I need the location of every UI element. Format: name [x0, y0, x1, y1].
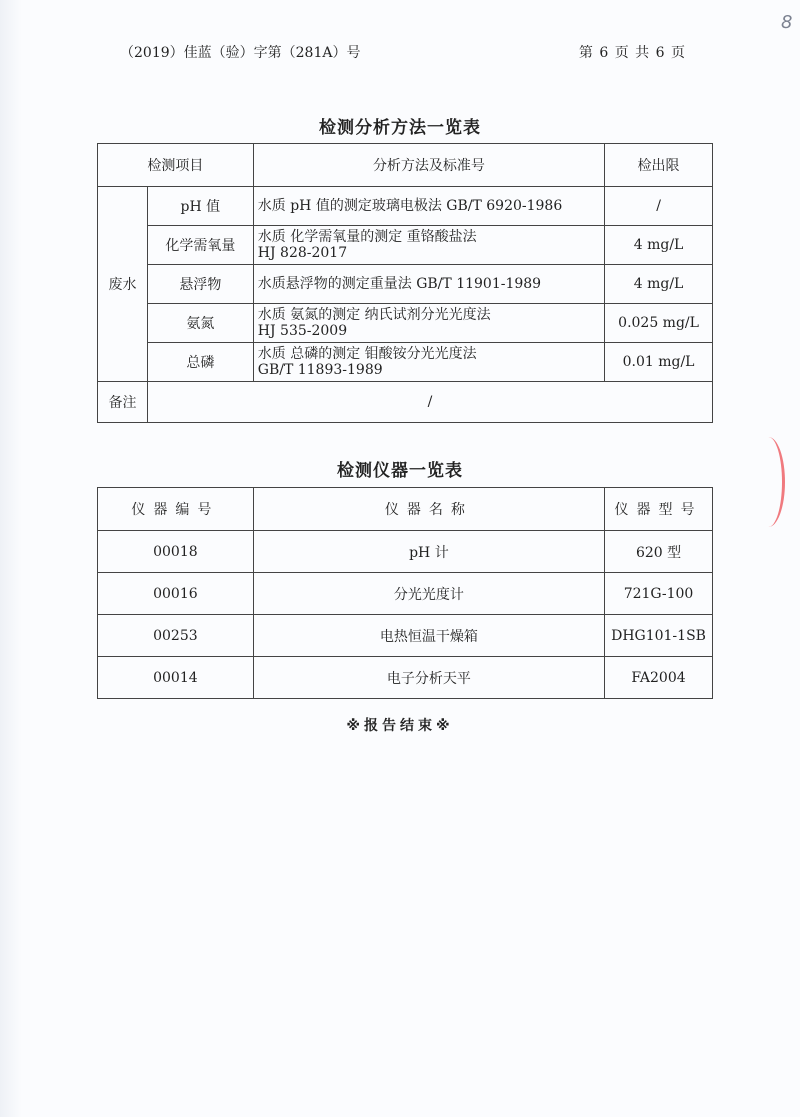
instrument-name: 分光光度计: [253, 573, 604, 615]
standard-number: HJ 535-2009: [258, 323, 600, 339]
method-line: 水质 pH 值的测定玻璃电极法 GB/T 6920-1986: [258, 198, 600, 214]
table-row: 00014 电子分析天平 FA2004: [98, 657, 713, 699]
table-row: 悬浮物 水质悬浮物的测定重量法 GB/T 11901-1989 4 mg/L: [98, 265, 713, 304]
limit-cell: 0.025 mg/L: [605, 304, 713, 343]
item-cell: 悬浮物: [147, 265, 253, 304]
limit-cell: 4 mg/L: [605, 226, 713, 265]
instrument-name: 电子分析天平: [253, 657, 604, 699]
item-cell: 氨氮: [147, 304, 253, 343]
method-cell: 水质 化学需氧量的测定 重铬酸盐法HJ 828-2017: [253, 226, 604, 265]
method-line: 水质 氨氮的测定 纳氏试剂分光光度法: [258, 307, 600, 323]
limit-cell: 4 mg/L: [605, 265, 713, 304]
table-row: 00018 pH 计 620 型: [98, 531, 713, 573]
table-row: 00253 电热恒温干燥箱 DHG101-1SB: [98, 615, 713, 657]
page-edge-shadow: [0, 0, 22, 1117]
header-name: 仪器名称: [253, 488, 604, 531]
header-method: 分析方法及标准号: [253, 144, 604, 187]
methods-table: 检测项目 分析方法及标准号 检出限 废水 pH 值 水质 pH 值的测定玻璃电极…: [97, 143, 713, 423]
report-end-mark: ※报告结束※: [0, 715, 800, 735]
header-item: 检测项目: [98, 144, 254, 187]
page-info: 第 6 页 共 6 页: [579, 42, 686, 62]
table-row: 氨氮 水质 氨氮的测定 纳氏试剂分光光度法HJ 535-2009 0.025 m…: [98, 304, 713, 343]
table-row: 废水 pH 值 水质 pH 值的测定玻璃电极法 GB/T 6920-1986 /: [98, 187, 713, 226]
method-line: 水质 化学需氧量的测定 重铬酸盐法: [258, 229, 600, 245]
method-line: 水质悬浮物的测定重量法 GB/T 11901-1989: [258, 276, 600, 292]
instrument-model: 620 型: [605, 531, 713, 573]
method-line: 水质 总磷的测定 钼酸铵分光光度法: [258, 346, 600, 362]
page-header: （2019）佳蓝（验）字第（281A）号 第 6 页 共 6 页: [120, 42, 680, 66]
instrument-name: 电热恒温干燥箱: [253, 615, 604, 657]
instrument-id: 00253: [98, 615, 254, 657]
handwritten-page-mark: 8: [781, 12, 792, 33]
report-number: （2019）佳蓝（验）字第（281A）号: [120, 42, 360, 62]
method-cell: 水质 总磷的测定 钼酸铵分光光度法GB/T 11893-1989: [253, 343, 604, 382]
methods-header-row: 检测项目 分析方法及标准号 检出限: [98, 144, 713, 187]
methods-table-title: 检测分析方法一览表: [0, 113, 800, 138]
instrument-model: 721G-100: [605, 573, 713, 615]
instrument-id: 00014: [98, 657, 254, 699]
method-cell: 水质悬浮物的测定重量法 GB/T 11901-1989: [253, 265, 604, 304]
instrument-id: 00018: [98, 531, 254, 573]
remarks-row: 备注 /: [98, 382, 713, 423]
header-limit: 检出限: [605, 144, 713, 187]
item-cell: 总磷: [147, 343, 253, 382]
remarks-value: /: [147, 382, 712, 423]
instrument-id: 00016: [98, 573, 254, 615]
method-cell: 水质 氨氮的测定 纳氏试剂分光光度法HJ 535-2009: [253, 304, 604, 343]
standard-number: GB/T 11893-1989: [258, 362, 600, 378]
instrument-model: FA2004: [605, 657, 713, 699]
instruments-table: 仪器编号 仪器名称 仪器型号 00018 pH 计 620 型 00016 分光…: [97, 487, 713, 699]
standard-number: HJ 828-2017: [258, 245, 600, 261]
header-id: 仪器编号: [98, 488, 254, 531]
header-model: 仪器型号: [605, 488, 713, 531]
remarks-label: 备注: [98, 382, 148, 423]
instruments-header-row: 仪器编号 仪器名称 仪器型号: [98, 488, 713, 531]
category-cell: 废水: [98, 187, 148, 382]
instrument-name: pH 计: [253, 531, 604, 573]
limit-cell: /: [605, 187, 713, 226]
method-cell: 水质 pH 值的测定玻璃电极法 GB/T 6920-1986: [253, 187, 604, 226]
table-row: 总磷 水质 总磷的测定 钼酸铵分光光度法GB/T 11893-1989 0.01…: [98, 343, 713, 382]
table-row: 化学需氧量 水质 化学需氧量的测定 重铬酸盐法HJ 828-2017 4 mg/…: [98, 226, 713, 265]
table-row: 00016 分光光度计 721G-100: [98, 573, 713, 615]
item-cell: 化学需氧量: [147, 226, 253, 265]
instrument-model: DHG101-1SB: [605, 615, 713, 657]
item-cell: pH 值: [147, 187, 253, 226]
seal-edge-mark: [752, 437, 785, 527]
instruments-table-title: 检测仪器一览表: [0, 456, 800, 481]
limit-cell: 0.01 mg/L: [605, 343, 713, 382]
